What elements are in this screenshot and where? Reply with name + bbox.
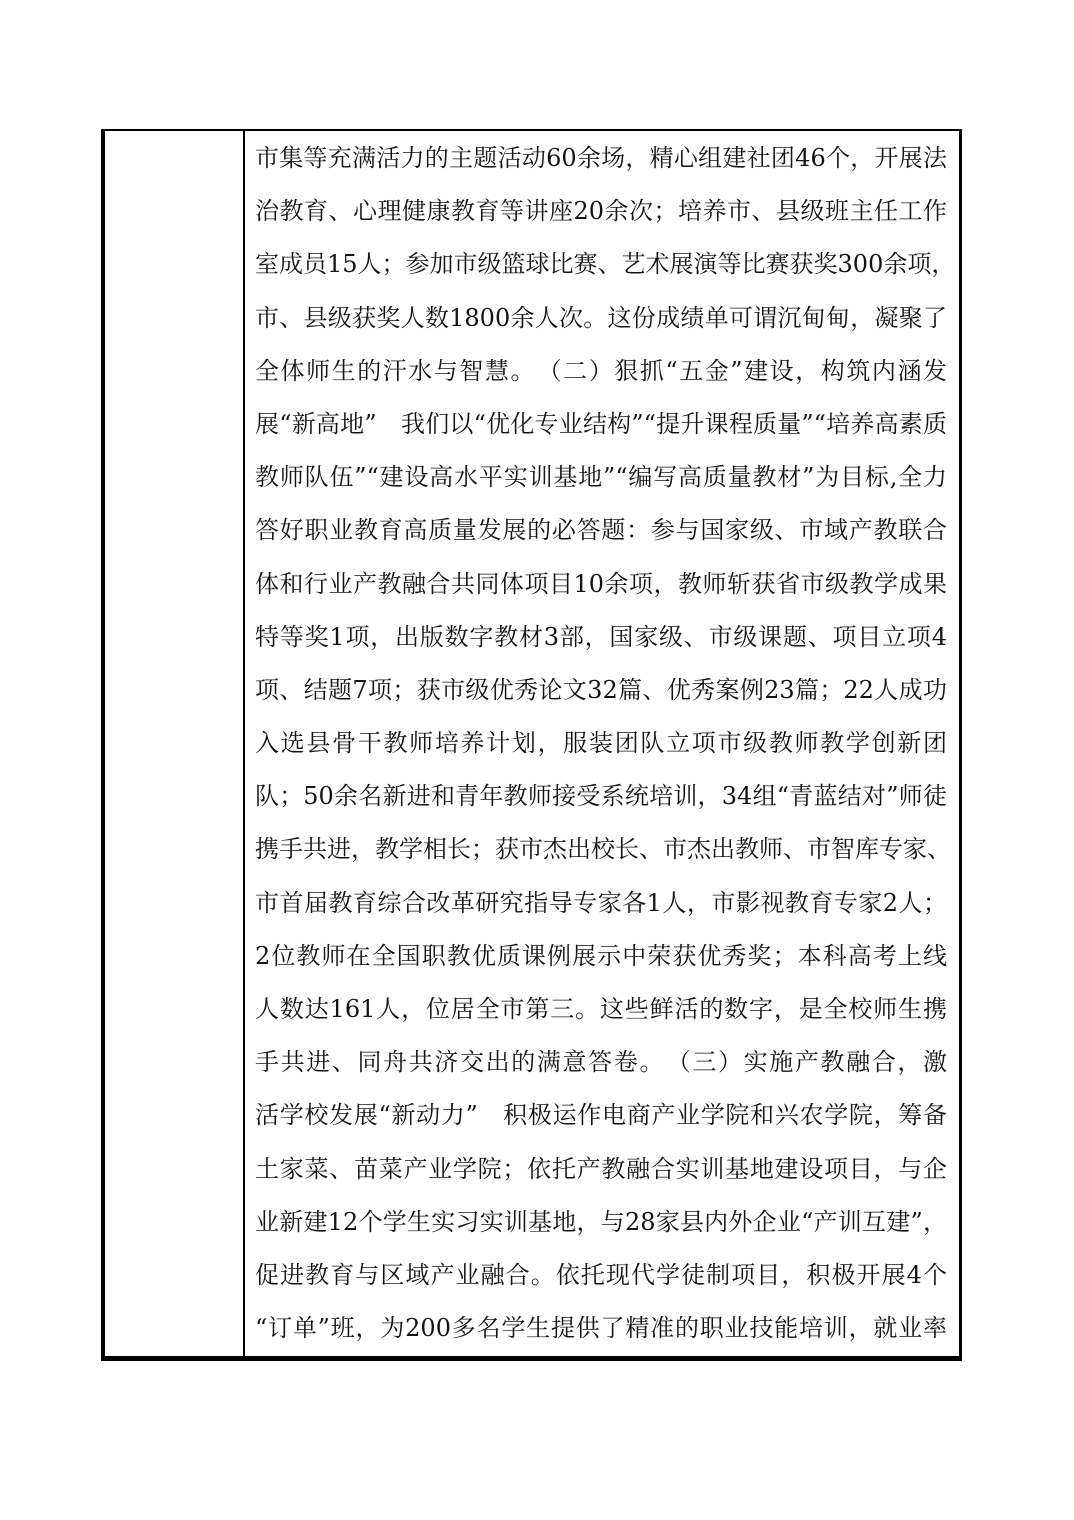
text-line: 项、结题7项；获市级优秀论文32篇、优秀案例23篇；22人成功 <box>255 664 947 717</box>
text-line: 携手共进，教学相长；获市杰出校长、市杰出教师、市智库专家、 <box>255 823 947 876</box>
text-line: 展“新高地” 我们以“优化专业结构”“提升课程质量”“培养高素质 <box>255 398 947 451</box>
text-line: 全体师生的汗水与智慧。 （二）狠抓“五金”建设，构筑内涵发 <box>255 345 947 398</box>
text-line: 答好职业教育高质量发展的必答题：参与国家级、市域产教联合 <box>255 504 947 557</box>
text-line: 促进教育与区域产业融合。依托现代学徒制项目，积极开展4个 <box>255 1249 947 1302</box>
text-line: 市、县级获奖人数1800余人次。这份成绩单可谓沉甸甸，凝聚了 <box>255 292 947 345</box>
text-line: 室成员15人；参加市级篮球比赛、艺术展演等比赛获奖300余项， <box>255 238 947 291</box>
text-line: 特等奖1项，出版数字教材3部，国家级、市级课题、项目立项4 <box>255 611 947 664</box>
text-line: 入选县骨干教师培养计划，服装团队立项市级教师教学创新团 <box>255 717 947 770</box>
text-line: 人数达161人，位居全市第三。这些鲜活的数字，是全校师生携 <box>255 983 947 1036</box>
table-left-cell-empty <box>105 131 245 1356</box>
text-line: 治教育、心理健康教育等讲座20余次；培养市、县级班主任工作 <box>255 185 947 238</box>
text-line: 市集等充满活力的主题活动60余场，精心组建社团46个，开展法 <box>255 132 947 185</box>
text-line: 活学校发展“新动力” 积极运作电商产业学院和兴农学院，筹备 <box>255 1089 947 1142</box>
text-line: 土家菜、苗菜产业学院；依托产教融合实训基地建设项目，与企 <box>255 1143 947 1196</box>
text-line: “订单”班，为200多名学生提供了精准的职业技能培训，就业率 <box>255 1302 947 1355</box>
text-line: 体和行业产教融合共同体项目10余项，教师斩获省市级教学成果 <box>255 558 947 611</box>
document-page: 市集等充满活力的主题活动60余场，精心组建社团46个，开展法治教育、心理健康教育… <box>0 0 1074 1520</box>
text-line: 2位教师在全国职教优质课例展示中荣获优秀奖；本科高考上线 <box>255 930 947 983</box>
text-line: 教师队伍”“建设高水平实训基地”“编写高质量教材”为目标,全力 <box>255 451 947 504</box>
report-table: 市集等充满活力的主题活动60余场，精心组建社团46个，开展法治教育、心理健康教育… <box>101 129 962 1361</box>
text-line: 手共进、同舟共济交出的满意答卷。 （三）实施产教融合，激 <box>255 1036 947 1089</box>
text-line: 业新建12个学生实习实训基地，与28家县内外企业“产训互建”， <box>255 1196 947 1249</box>
table-text-cell: 市集等充满活力的主题活动60余场，精心组建社团46个，开展法治教育、心理健康教育… <box>245 131 959 1356</box>
text-line: 队；50余名新进和青年教师接受系统培训，34组“青蓝结对”师徒 <box>255 770 947 823</box>
text-line: 市首届教育综合改革研究指导专家各1人，市影视教育专家2人； <box>255 877 947 930</box>
